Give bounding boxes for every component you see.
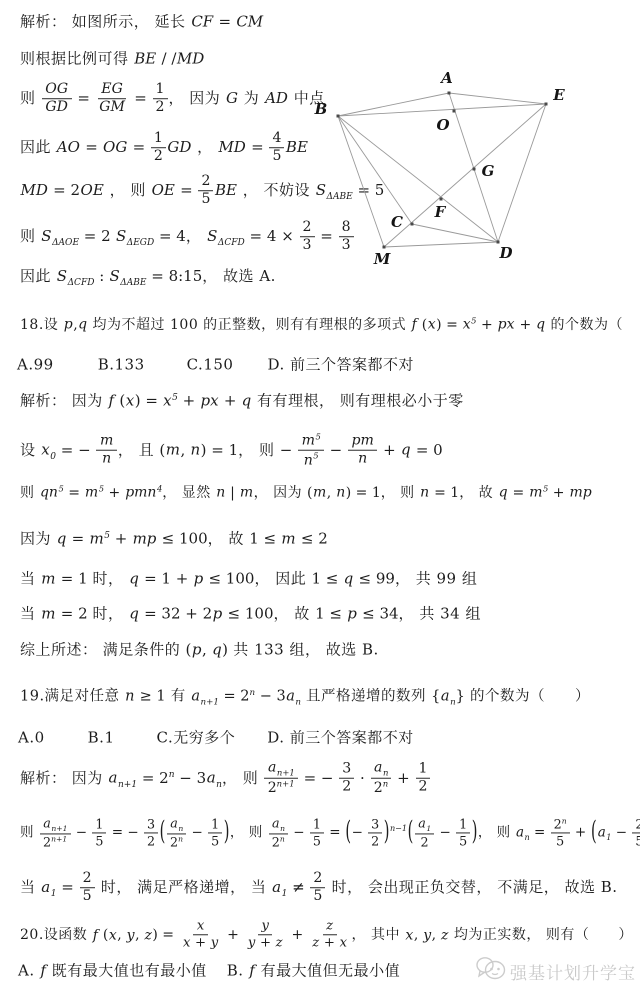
math-num: = xyxy=(316,227,338,245)
mascot-face-icon xyxy=(476,956,506,986)
gap-spacer xyxy=(235,742,267,743)
math-num: ) = 1 xyxy=(201,441,239,459)
math-num: + xyxy=(548,485,569,501)
text-run: 当 xyxy=(20,878,41,896)
problem19-options: A.0B.1C.无穷多个D. 前三个答案都不对 xyxy=(18,729,414,748)
math-num: ) = xyxy=(436,317,462,333)
math-num: = xyxy=(128,138,150,156)
math-num: = xyxy=(56,878,78,896)
math-num: 2 xyxy=(374,780,383,796)
text-run: 为 xyxy=(239,89,265,107)
text-run: ， 因此 xyxy=(254,570,311,588)
text-run: ， 因为 xyxy=(169,89,226,107)
fraction: OGGD xyxy=(42,82,72,116)
text-run: 均为正实数， 则有（ ） xyxy=(449,927,633,943)
text-run: ， 且 xyxy=(118,441,160,459)
text-run: 因此 xyxy=(20,138,56,156)
math-var: y xyxy=(126,927,135,943)
superscript: n+1 xyxy=(277,779,295,789)
fraction: yy + z xyxy=(244,919,286,950)
math-num: = xyxy=(67,530,89,548)
text-run: 且严格递增的数列 xyxy=(301,689,431,705)
math-var: S xyxy=(207,227,218,245)
math-var: m xyxy=(165,441,180,459)
math-num: = xyxy=(64,485,85,501)
math-num: 2 xyxy=(554,817,562,832)
math-var: m xyxy=(301,433,315,449)
math-var: a xyxy=(440,689,450,705)
math-num: | xyxy=(226,485,240,501)
math-var: m xyxy=(84,485,98,501)
math-num: / / xyxy=(157,50,177,68)
fraction: 15 xyxy=(456,818,470,848)
math-num: − xyxy=(280,441,297,459)
math-num: 1 ≤ xyxy=(249,530,281,548)
math-var: m xyxy=(529,485,543,501)
math-num: = xyxy=(214,13,236,31)
math-var: a xyxy=(515,824,524,840)
sol18-line6: 当 m = 2 时， q = 32 + 2p ≤ 100， 故 1 ≤ p ≤ … xyxy=(20,605,481,624)
point-G xyxy=(473,168,476,171)
subscript: n+1 xyxy=(118,780,137,790)
math-num: = xyxy=(325,824,345,840)
fraction: 32 xyxy=(339,762,354,796)
math-num: + xyxy=(378,441,400,459)
math-num: + xyxy=(571,824,591,840)
math-var: n xyxy=(303,452,313,468)
math-num: 1 xyxy=(419,761,428,777)
math-num: 5 xyxy=(556,833,564,848)
sol17-line6: 则 SΔAOE = 2 SΔEGD = 4， SΔCFD = 4 × 23 = … xyxy=(20,220,355,254)
text-run: 则 xyxy=(20,824,39,840)
text-run: C.无穷多个 xyxy=(157,729,236,747)
point-D xyxy=(497,241,500,244)
point-E xyxy=(545,103,548,106)
point-A xyxy=(448,92,451,95)
text-run: 解析： 因为 xyxy=(20,392,108,410)
sol17-line4: 因此 AO = OG = 12GD ， MD = 45BE xyxy=(20,131,308,165)
text-run: ， 其中 xyxy=(352,927,405,943)
text-run: ， xyxy=(192,138,218,156)
math-var: x xyxy=(196,918,204,933)
subscript: ΔABE xyxy=(120,278,146,288)
text-run: 因为 xyxy=(20,530,56,548)
sol18-line2: 设 x0 = − mn， 且 (m, n) = 1， 则 − m5n5 − pm… xyxy=(20,433,443,470)
text-run: 设 xyxy=(20,441,41,459)
math-var: q xyxy=(241,392,252,410)
gap-spacer xyxy=(115,742,157,743)
math-num: 2 xyxy=(371,833,379,848)
math-num: + xyxy=(178,392,200,410)
label-C: C xyxy=(391,213,403,231)
math-num: − xyxy=(72,824,92,840)
math-num: = 2 xyxy=(79,227,115,245)
sol17-line5: MD = 2OE ， 则 OE = 25BE ， 不妨设 SΔABE = 5 xyxy=(20,174,384,208)
math-num: + xyxy=(104,485,125,501)
text-run: D. 前三个答案都不对 xyxy=(267,729,414,747)
math-num: 2 xyxy=(43,834,51,849)
fraction: zz + x xyxy=(309,919,351,950)
fraction: an+12n+1 xyxy=(264,761,297,798)
math-var: q xyxy=(212,641,223,659)
text-run: B.1 xyxy=(88,729,115,747)
math-num: = xyxy=(530,824,550,840)
math-num: + xyxy=(477,317,498,333)
text-run: 19.满足对任意 xyxy=(20,689,125,705)
math-num: 1 xyxy=(459,817,467,832)
math-num: ≥ 1 xyxy=(135,689,166,705)
math-num: 1 xyxy=(95,817,103,832)
math-var: m xyxy=(41,570,56,588)
text-run: 共 133 组， 故选 B. xyxy=(228,641,379,659)
math-num: − 3 xyxy=(255,689,286,705)
text-run: 时， xyxy=(92,605,128,623)
math-var: m xyxy=(313,485,327,501)
math-var: CF xyxy=(191,13,214,31)
problem19-statement: 19.满足对任意 n ≥ 1 有 an+1 = 2n − 3an 且严格递增的数… xyxy=(20,688,590,709)
text-run: D. 前三个答案都不对 xyxy=(267,356,414,374)
math-var: mp xyxy=(132,530,157,548)
math-num: 2 xyxy=(154,148,163,164)
math-num: = xyxy=(246,138,268,156)
text-run: 的个数为（ ） xyxy=(546,317,640,333)
math-num: 2 xyxy=(272,834,280,849)
fraction: 12 xyxy=(416,762,431,796)
label-F: F xyxy=(434,203,447,221)
math-var: BE xyxy=(285,138,308,156)
math-num: , xyxy=(327,485,336,501)
math-num: = 8:15 xyxy=(146,267,202,285)
math-var: p xyxy=(212,605,223,623)
math-var: CM xyxy=(236,13,264,31)
math-var: m xyxy=(99,433,113,449)
superscript: n−1 xyxy=(390,823,407,833)
math-var: mp xyxy=(569,485,592,501)
math-num: ≤ 34 xyxy=(357,605,398,623)
sol17-line7: 因此 SΔCFD : SΔABE = 8:15， 故选 A. xyxy=(20,267,276,289)
math-var: n xyxy=(336,485,346,501)
math-var: q xyxy=(78,317,88,333)
math-var: S xyxy=(56,267,67,285)
math-num: − xyxy=(187,824,207,840)
math-num: = xyxy=(129,89,151,107)
fraction: an2n xyxy=(269,816,288,849)
math-var: OG xyxy=(103,138,128,156)
math-var: y xyxy=(247,935,255,950)
math-num: 2 xyxy=(147,833,155,848)
superscript: n xyxy=(562,817,567,826)
math-var: OE xyxy=(80,181,104,199)
math-var: AO xyxy=(56,138,80,156)
point-M xyxy=(383,246,386,249)
watermark-label: 强基计划升学宝 xyxy=(510,959,636,984)
text-run: 既有最大值也有最小值 xyxy=(46,962,206,980)
math-var: S xyxy=(109,267,120,285)
sol18-line5: 当 m = 1 时， q = 1 + p ≤ 100， 因此 1 ≤ q ≤ 9… xyxy=(20,570,477,589)
segment-AD xyxy=(449,93,498,242)
math-num: 1 ≤ xyxy=(312,570,344,588)
math-var: GD xyxy=(45,99,69,115)
fraction: 12 xyxy=(151,131,166,165)
fraction: 45 xyxy=(269,131,284,165)
math-var: a xyxy=(272,878,282,896)
math-var: EG xyxy=(101,81,124,97)
sol18-line3: 则 qn5 = m5 + pmn4， 显然 n | m， 因为 (m, n) =… xyxy=(20,484,592,503)
math-num: = 2 xyxy=(56,605,92,623)
fraction: 25 xyxy=(80,871,95,905)
math-var: n xyxy=(420,485,430,501)
gap-spacer xyxy=(145,369,187,370)
fraction: 25 xyxy=(198,174,213,208)
math-num: : xyxy=(94,267,109,285)
sol18-line7: 综上所述： 满足条件的 (p, q) 共 133 组， 故选 B. xyxy=(20,641,379,660)
math-var: n xyxy=(125,689,135,705)
text-run: ， 则 xyxy=(222,769,264,787)
math-num: − xyxy=(289,824,309,840)
math-num: + xyxy=(110,530,132,548)
label-A: A xyxy=(439,69,453,87)
math-num: ( xyxy=(307,485,312,501)
text-run: 则 xyxy=(20,485,39,501)
math-num: = 1 xyxy=(56,570,92,588)
big-paren: ) xyxy=(471,817,478,850)
text-run: ， 故选 A. xyxy=(202,267,276,285)
text-run: ， 不妨设 xyxy=(237,181,315,199)
superscript: 5 xyxy=(313,451,318,461)
math-var: n xyxy=(102,451,112,467)
big-paren: ( xyxy=(407,817,414,850)
math-num: , xyxy=(414,927,423,943)
math-var: a xyxy=(41,878,51,896)
math-var: x xyxy=(427,317,436,333)
point-B xyxy=(337,115,340,118)
point-C xyxy=(411,223,414,226)
math-num: , xyxy=(202,641,212,659)
math-num: + xyxy=(219,392,241,410)
math-var: MD xyxy=(218,138,246,156)
sol18-line4: 因为 q = m5 + mp ≤ 100， 故 1 ≤ m ≤ 2 xyxy=(20,530,328,549)
math-var: p xyxy=(63,317,73,333)
text-run: ， 因为 xyxy=(254,485,307,501)
math-num: = 2 xyxy=(137,769,169,787)
text-run: ， 则 xyxy=(230,824,268,840)
math-num: + xyxy=(223,927,244,943)
math-num: 5 xyxy=(459,833,467,848)
math-var: y xyxy=(210,935,218,950)
text-run: 解析： 如图所示， 延长 xyxy=(20,13,191,31)
math-num: − xyxy=(611,824,631,840)
math-var: p xyxy=(347,605,358,623)
superscript: n xyxy=(280,834,285,843)
math-num: + xyxy=(287,927,308,943)
math-var: a xyxy=(108,769,118,787)
segment-ED xyxy=(498,104,546,242)
math-var: S xyxy=(115,227,126,245)
math-var: q xyxy=(129,605,140,623)
text-run: ， 显然 xyxy=(162,485,215,501)
math-var: q xyxy=(536,317,546,333)
sol17-line2: 则根据比例可得 BE / /MD xyxy=(20,50,205,69)
problem20-options: A. f 既有最大值也有最小值B. f 有最大值但无最小值 xyxy=(18,962,400,981)
math-num: − xyxy=(435,824,455,840)
math-num: ( xyxy=(115,392,126,410)
math-num: ( xyxy=(417,317,427,333)
text-run: ， xyxy=(186,227,207,245)
text-run: 有最大值但无最小值 xyxy=(255,962,400,980)
math-num: = 0 xyxy=(411,441,443,459)
text-run: ， 则 xyxy=(104,181,151,199)
subscript: ΔABE xyxy=(327,192,353,202)
text-run: 有 xyxy=(166,689,191,705)
problem20-statement: 20.设函数 f (x, y, z) = xx + y + yy + z + z… xyxy=(20,919,633,950)
math-var: BE xyxy=(214,181,237,199)
math-num: = xyxy=(73,89,95,107)
sol19-line3: 当 a1 = 25 时， 满足严格递增， 当 a1 ≠ 25 时， 会出现正负交… xyxy=(20,871,618,905)
math-num: 2 xyxy=(419,779,428,795)
text-run: ， 故 xyxy=(459,485,498,501)
subscript: ΔAOE xyxy=(52,238,79,248)
math-var: GD xyxy=(167,138,192,156)
subscript: n+1 xyxy=(277,768,295,778)
math-var: z xyxy=(312,935,320,950)
math-var: a xyxy=(272,815,281,830)
subscript: n xyxy=(280,824,285,833)
text-run: 则 xyxy=(20,227,41,245)
label-M: M xyxy=(373,250,391,268)
math-num: 1 ≤ xyxy=(315,605,347,623)
math-num: 1 xyxy=(313,817,321,832)
math-num: + xyxy=(392,769,414,787)
math-num: = − xyxy=(107,824,143,840)
math-num: 2 xyxy=(268,780,277,796)
text-run: ， 共 99 组 xyxy=(395,570,477,588)
subscript: n+1 xyxy=(200,698,218,708)
text-run: B. xyxy=(227,962,249,980)
math-var: OG xyxy=(45,81,69,97)
math-num: = xyxy=(175,181,197,199)
math-num: = 4 × xyxy=(245,227,299,245)
math-num: = 32 + 2 xyxy=(139,605,212,623)
segment-CD xyxy=(412,224,498,242)
math-var: m xyxy=(281,530,296,548)
subscript: ΔEGD xyxy=(127,238,154,248)
math-var: z xyxy=(275,935,283,950)
math-var: p xyxy=(191,641,202,659)
math-num: = xyxy=(80,138,102,156)
math-var: AD xyxy=(265,89,289,107)
segment-BE xyxy=(338,104,546,116)
segment-EM xyxy=(384,104,546,247)
sol18-line1: 解析： 因为 f (x) = x5 + px + q 有有理根， 则有理根必小于… xyxy=(20,392,464,411)
math-num: 5 xyxy=(211,833,219,848)
math-num: 8 xyxy=(342,219,351,235)
math-var: q xyxy=(400,441,411,459)
math-var: q xyxy=(498,485,508,501)
math-var: MD xyxy=(176,50,204,68)
text-run: 当 xyxy=(20,570,41,588)
math-num: − 3 xyxy=(175,769,207,787)
math-num: + xyxy=(191,935,210,950)
math-num: , xyxy=(432,927,441,943)
problem18-options: A.99B.133C.150D. 前三个答案都不对 xyxy=(17,356,414,375)
text-run: 则根据比例可得 xyxy=(20,50,134,68)
subscript: n xyxy=(383,768,388,778)
math-num: 5 xyxy=(272,148,281,164)
fraction: pmn xyxy=(348,434,377,468)
segment-MD xyxy=(384,242,498,247)
fraction: EGGM xyxy=(96,82,129,116)
fraction: an2n xyxy=(167,816,186,849)
math-var: BE xyxy=(134,50,157,68)
segment-AB xyxy=(338,93,449,116)
math-num: 3 xyxy=(147,817,155,832)
math-num: ≤ 100 xyxy=(157,530,208,548)
superscript: n xyxy=(178,834,183,843)
math-var: z xyxy=(326,918,334,933)
math-num: 2 xyxy=(83,870,92,886)
math-num: = 5 xyxy=(353,181,385,199)
math-var: OE xyxy=(151,181,175,199)
math-var: S xyxy=(41,227,52,245)
math-num: 5 xyxy=(313,888,322,904)
fraction: 25 xyxy=(310,871,325,905)
fraction: 12 xyxy=(153,82,168,116)
math-num: = xyxy=(508,485,529,501)
math-num: ( xyxy=(98,927,108,943)
math-num: 2 xyxy=(420,834,428,849)
math-num: = 1 + xyxy=(139,570,193,588)
text-run: A.0 xyxy=(18,729,45,747)
math-var: a xyxy=(597,824,606,840)
math-var: n xyxy=(190,441,201,459)
math-var: n xyxy=(216,485,226,501)
math-var: z xyxy=(441,927,449,943)
math-var: x xyxy=(41,441,50,459)
subscript: n+1 xyxy=(51,824,67,833)
math-num: ≠ xyxy=(287,878,309,896)
gap-spacer xyxy=(45,742,88,743)
math-var: x xyxy=(108,927,117,943)
text-run: ， 故 xyxy=(208,530,250,548)
math-num: = − xyxy=(56,441,95,459)
fraction: 23 xyxy=(300,220,315,254)
text-run: ， 则 xyxy=(381,485,420,501)
math-var: m xyxy=(89,530,104,548)
math-var: pmn xyxy=(125,485,157,501)
math-num: 5 xyxy=(201,191,210,207)
math-num: 2 xyxy=(156,99,165,115)
math-num: 5 xyxy=(83,888,92,904)
math-var: q xyxy=(343,570,354,588)
math-num: , xyxy=(117,927,126,943)
fraction: 32 xyxy=(144,818,158,848)
math-num: 5 xyxy=(313,833,321,848)
math-var: x xyxy=(163,392,172,410)
fraction: mn xyxy=(96,434,116,468)
math-num: , xyxy=(135,927,144,943)
big-paren: ( xyxy=(159,817,166,850)
big-paren: ( xyxy=(345,817,352,850)
subscript: 1 xyxy=(426,824,431,833)
math-var: a xyxy=(286,689,296,705)
sol19-line1: 解析： 因为 an+1 = 2n − 3an， 则 an+12n+1 = − 3… xyxy=(20,761,431,798)
text-run: 当 xyxy=(20,605,41,623)
superscript: n+1 xyxy=(51,834,67,843)
math-num: ) = 1 xyxy=(346,485,381,501)
text-run: B.133 xyxy=(98,356,145,374)
math-num: ≤ 100 xyxy=(223,605,274,623)
math-num: 2 xyxy=(303,219,312,235)
